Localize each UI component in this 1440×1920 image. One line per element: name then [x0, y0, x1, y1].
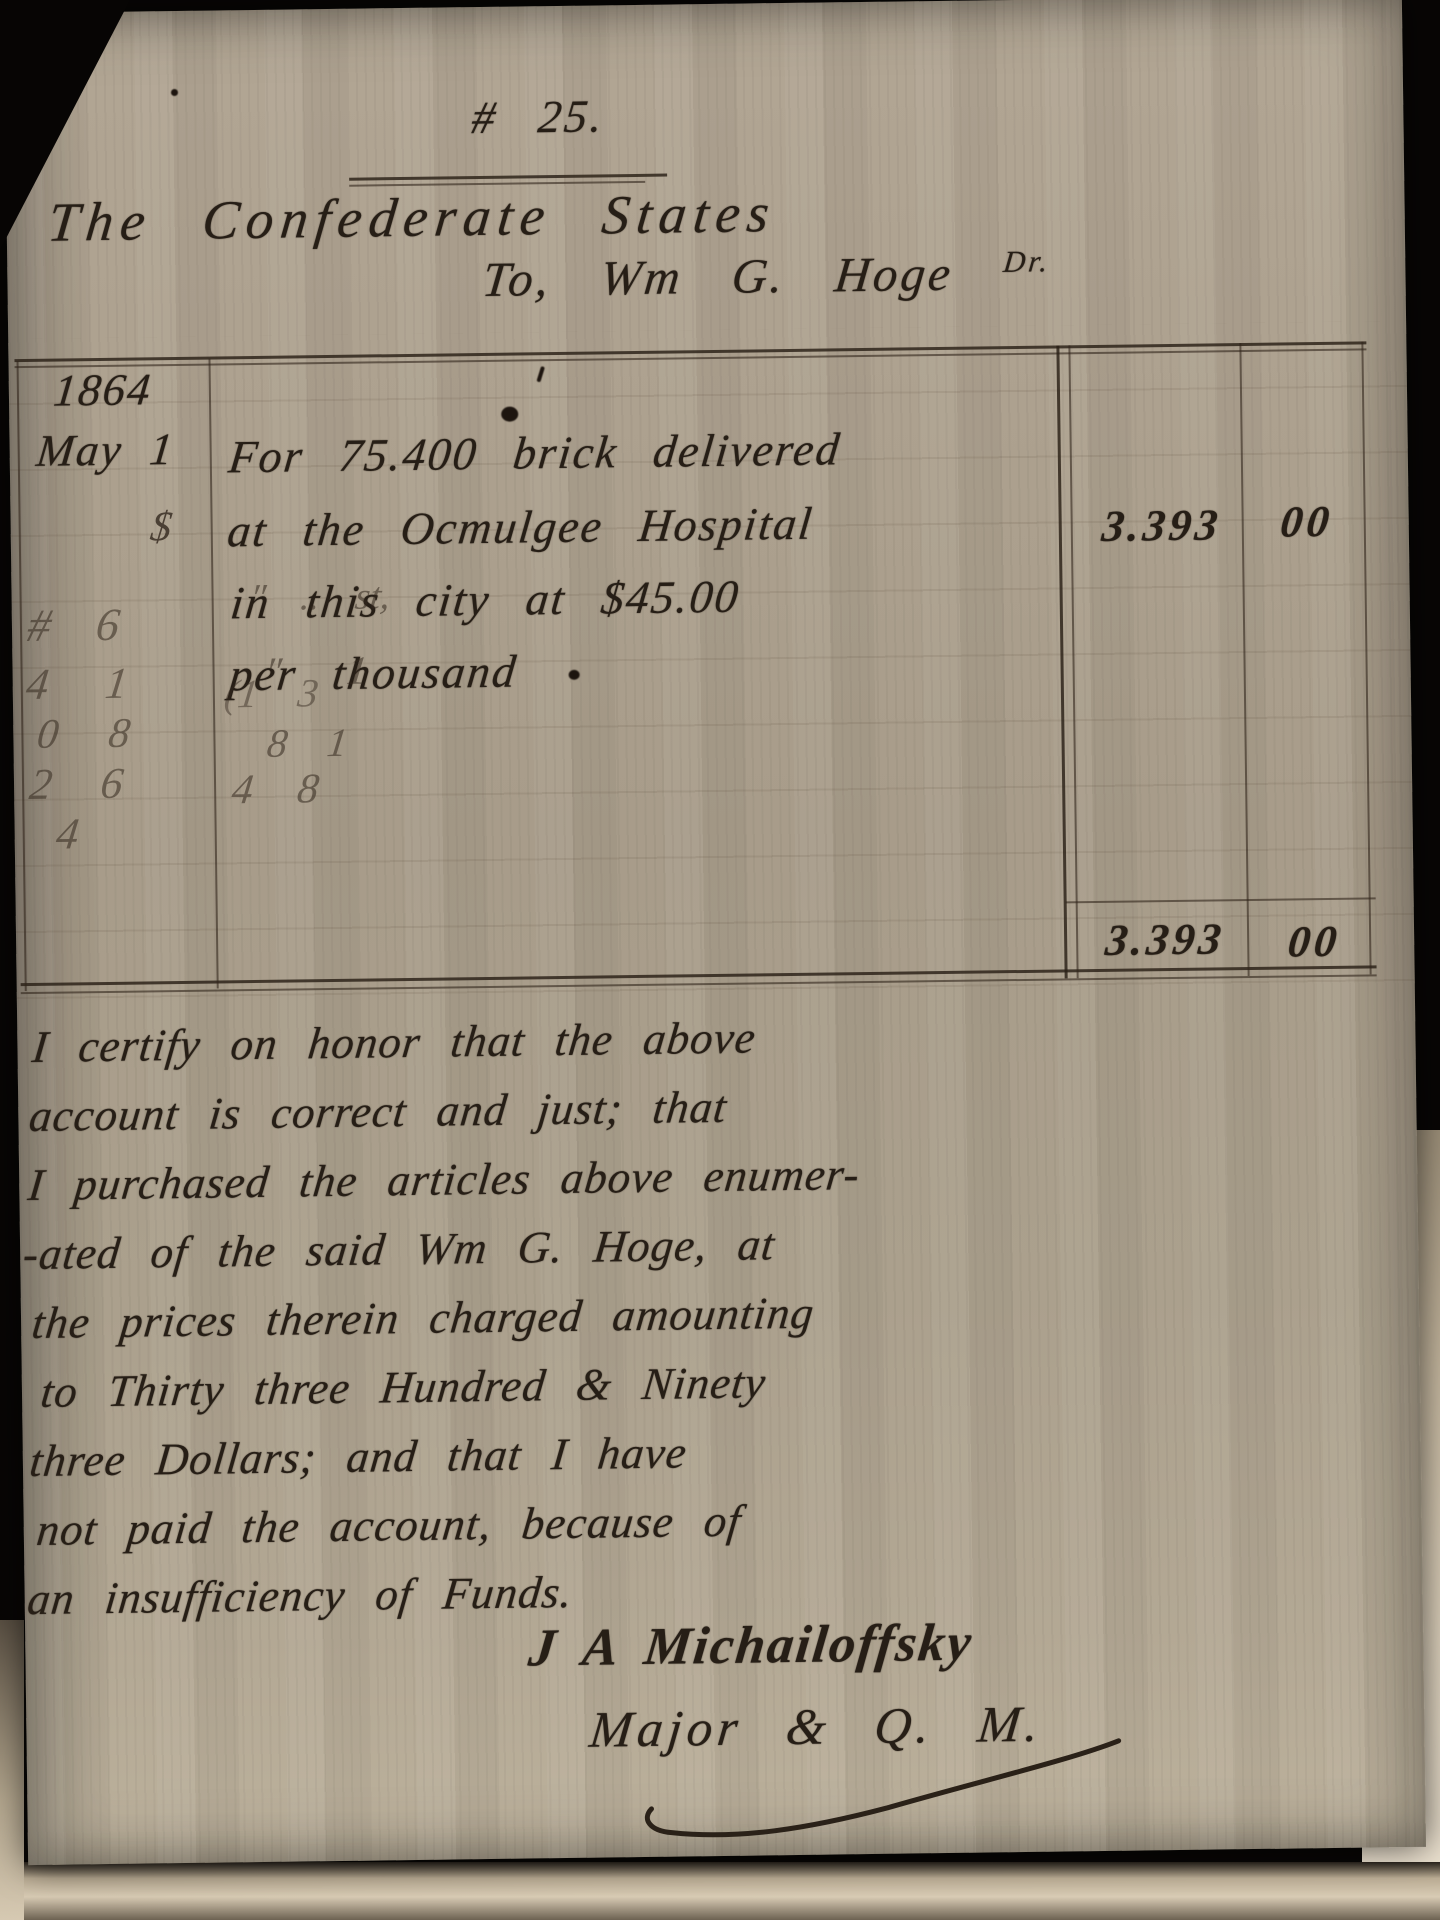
account-to-line: To, Wm G. Hoge Dr. [480, 244, 1053, 309]
table-border-left [16, 361, 26, 991]
table-divider-date [208, 359, 218, 989]
entry-amount-cents: 00 [1254, 496, 1360, 548]
payee-name: Wm G. Hoge [598, 246, 956, 306]
ink-blot [171, 89, 178, 96]
bleedthrough-mark: $ [148, 503, 175, 551]
total-amount-dollars: 3.393 [1079, 913, 1253, 966]
mat-light-left-sliver [0, 1620, 24, 1920]
bleedthrough-mark: 8 1 [265, 719, 351, 767]
description-line: at the Ocmulgee Hospital [225, 497, 816, 558]
table-divider-amount-2 [1068, 345, 1078, 978]
certification-line: -ated of the said Wm G. Hoge, at [21, 1218, 778, 1280]
table-divider-cents [1239, 343, 1249, 976]
bleedthrough-mark: " .. st, [247, 574, 393, 620]
ink-blot [569, 670, 580, 680]
table-border-right [1361, 341, 1371, 974]
bleedthrough-mark: # 6 [25, 598, 123, 652]
voucher-underline-1 [349, 174, 667, 181]
certification-line: I certify on honor that the above [30, 1011, 759, 1073]
bleedthrough-mark: 4 1 [23, 658, 130, 710]
bleedthrough-mark: (1 3 [222, 669, 321, 717]
certification-line: to Thirty three Hundred & Ninety [38, 1356, 768, 1418]
certification-line: an insufficiency of Funds. [25, 1566, 576, 1625]
entry-date: May 1 [34, 423, 177, 477]
entry-amount-dollars: 3.393 [1079, 499, 1245, 552]
certification-line: I purchased the articles above enumer- [26, 1148, 863, 1211]
bleedthrough-mark: 2 6 [27, 758, 126, 810]
account-title: The Confederate States [45, 181, 779, 254]
table-rule-bottom-2 [21, 974, 1377, 994]
voucher-number: # 25. [376, 88, 702, 145]
document-page: # 25. The Confederate States To, Wm G. H… [4, 0, 1426, 1865]
signature-flourish [637, 1727, 1139, 1854]
to-prefix: To, [480, 251, 555, 307]
ink-blot [501, 407, 518, 422]
table-divider-amount-1 [1056, 345, 1067, 978]
ink-tick [536, 366, 545, 382]
bleedthrough-mark: 4 [53, 808, 81, 859]
table-rule-total [1066, 897, 1376, 903]
certification-line: account is correct and just; that [27, 1081, 730, 1142]
description-line: For 75.400 brick delivered [226, 422, 844, 483]
debtor-abbreviation: Dr. [1002, 244, 1053, 279]
signature-name: J A Michailoffsky [526, 1613, 976, 1679]
mat-light-bottom [0, 1862, 1440, 1920]
bleedthrough-mark: 0 8 [34, 710, 133, 759]
certification-line: not paid the account, because of [34, 1495, 744, 1556]
entry-year: 1864 [51, 363, 155, 416]
bleedthrough-mark: 4 8 [229, 765, 322, 814]
total-amount-cents: 00 [1260, 915, 1370, 967]
certification-line: the prices therein charged amounting [29, 1287, 817, 1349]
certification-line: three Dollars; and that I have [27, 1426, 690, 1487]
